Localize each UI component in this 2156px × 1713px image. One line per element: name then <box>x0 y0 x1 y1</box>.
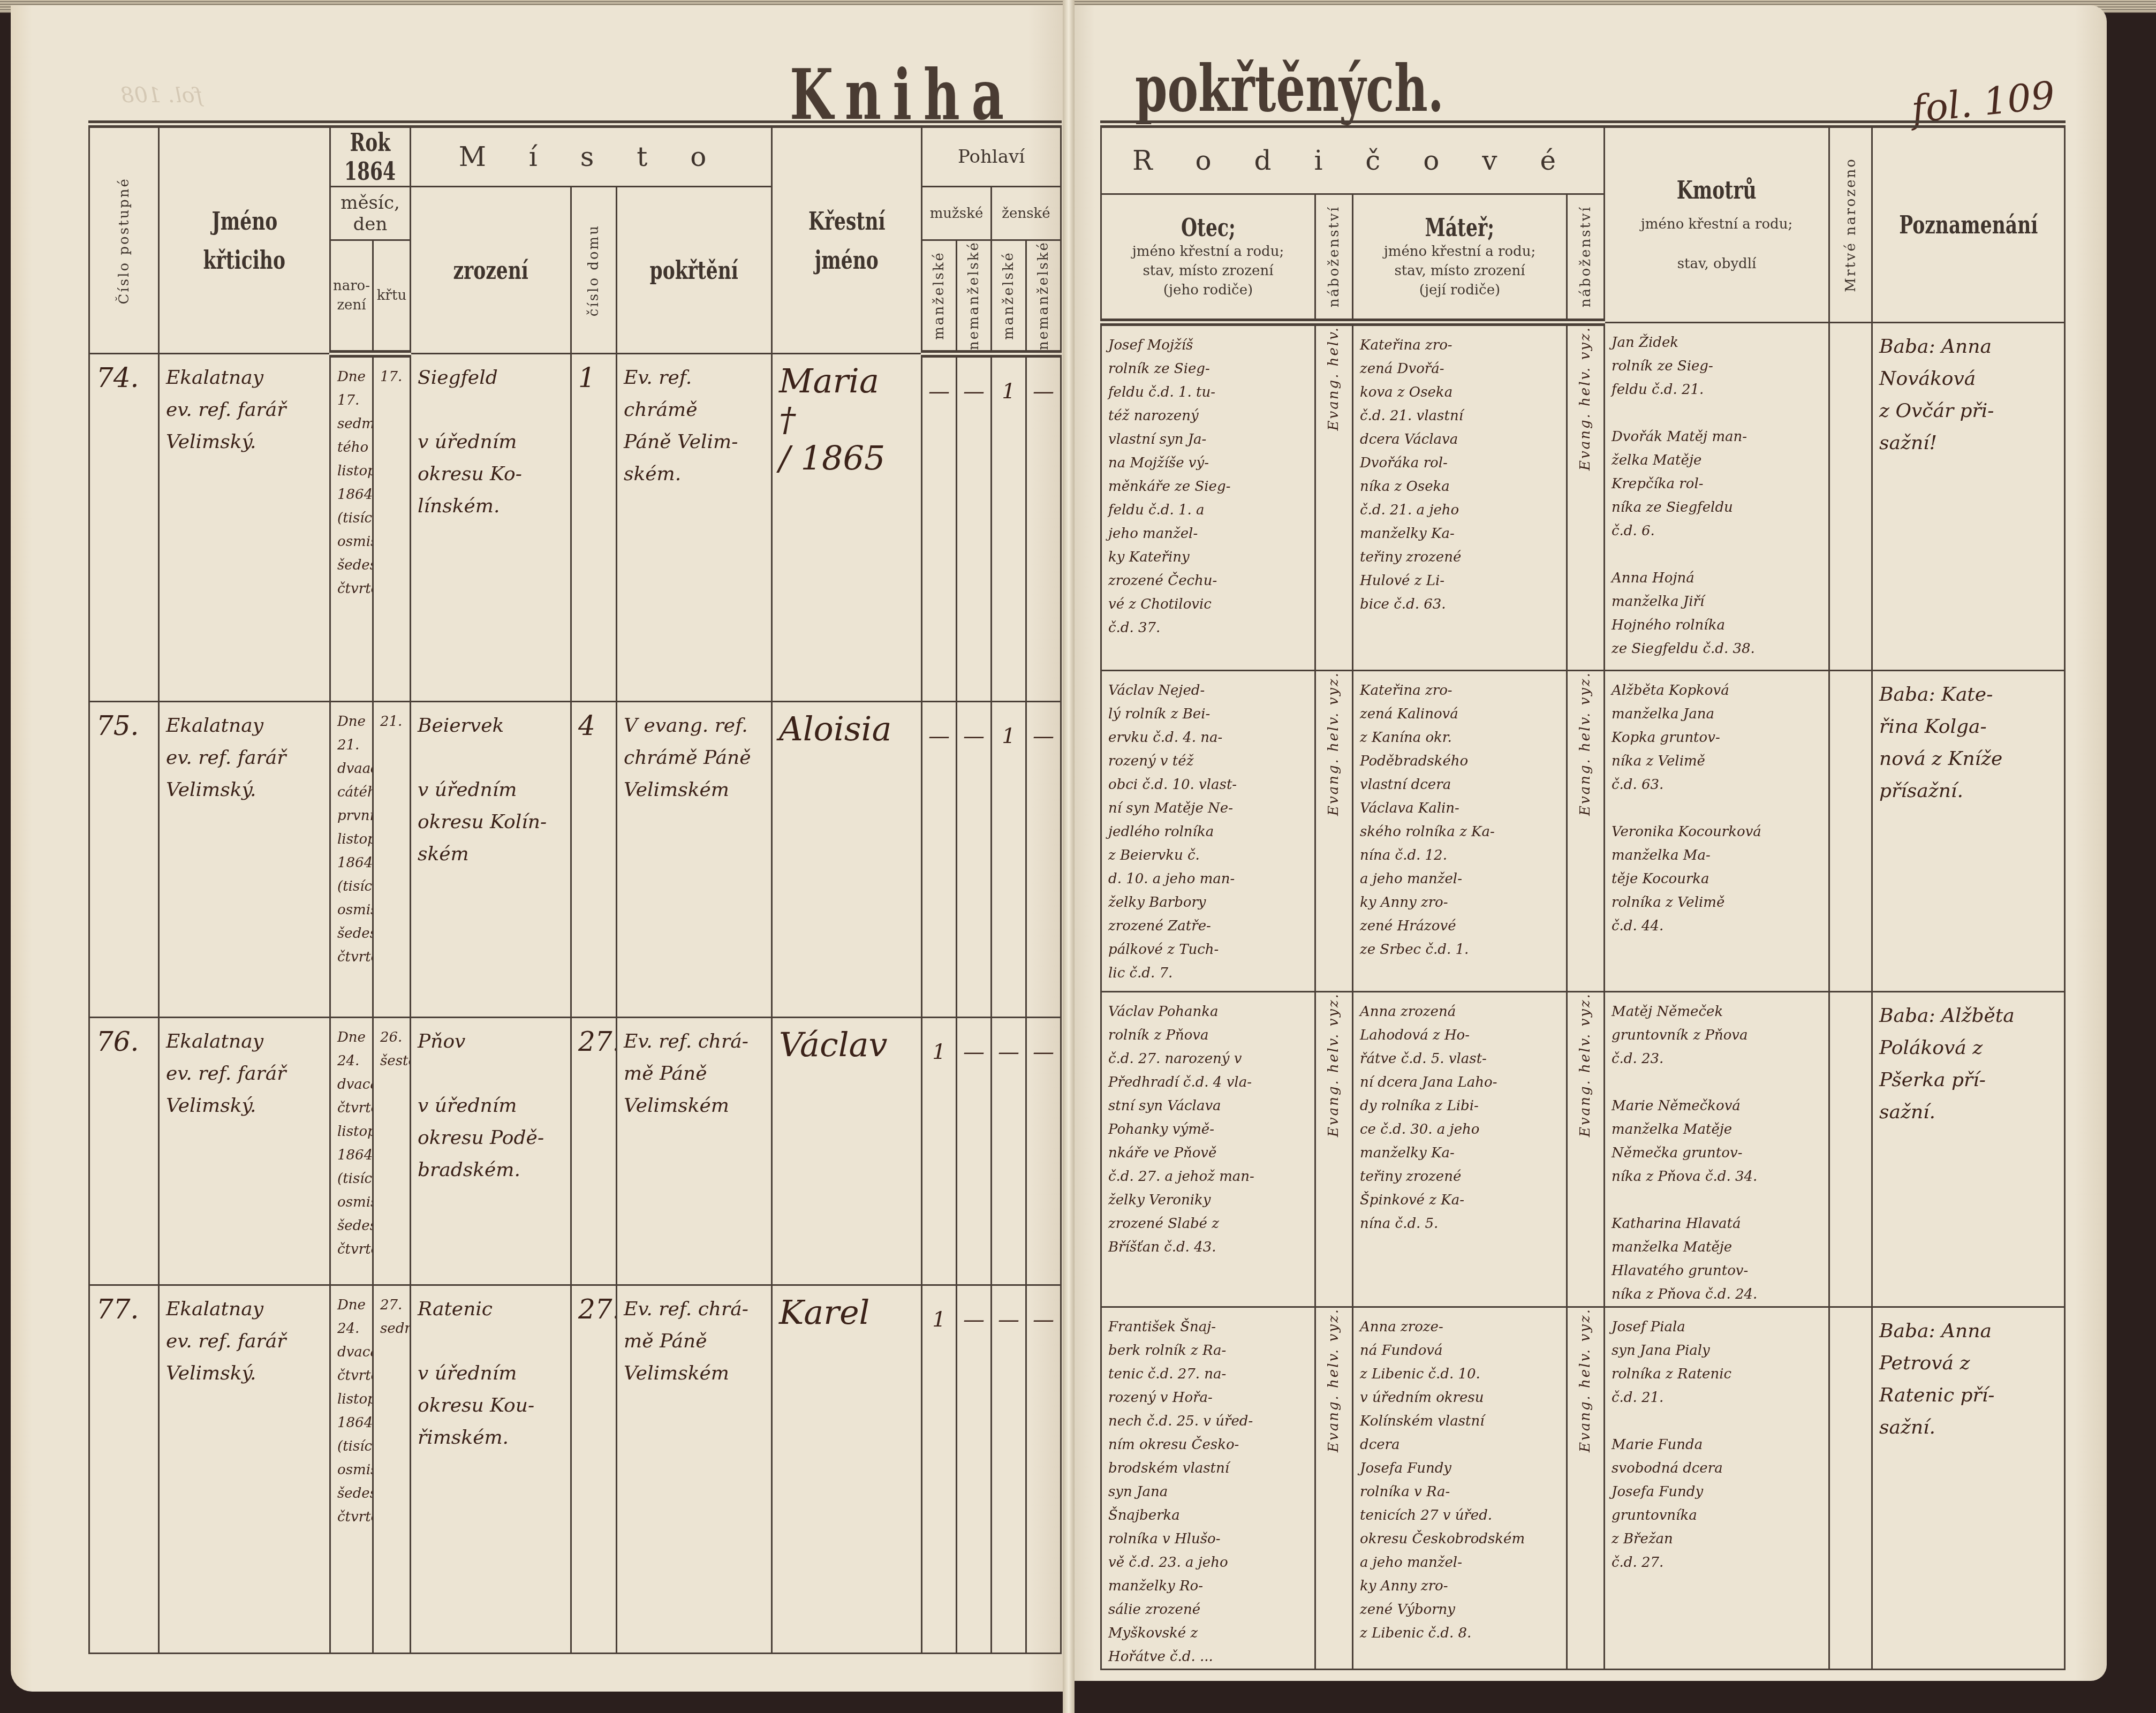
table-row-entry-75-parents: Václav Nejed- lý rolník z Bei- ervku č.d… <box>1101 670 2065 991</box>
entry-misto-krtu: Ev. ref. chrá- mě Páně Velimském <box>617 1018 771 1122</box>
header-nabozenstvi-mater: náboženství <box>1567 194 1605 322</box>
entry-mrtve <box>1830 671 1871 679</box>
table-row-entry-75: 75. Ekalatnay ev. ref. farář Velimský. D… <box>89 702 1061 1018</box>
entry-krtitel: Ekalatnay ev. ref. farář Velimský. <box>160 1018 329 1122</box>
header-krestni-jmeno: Křestní jméno <box>772 124 922 354</box>
header-muzske-nemanzelske: nemanželské <box>957 240 992 354</box>
entry-number: 77. <box>90 1286 158 1325</box>
entry-datum-krtu: 26. šestého <box>374 1018 410 1073</box>
bleed-through-folio: fol. 108 <box>120 83 202 108</box>
entry-datum-narozeni: Dne 17. sedmnác- tého listopadu 1864 (ti… <box>331 358 372 601</box>
table-row-entry-77: 77. Ekalatnay ev. ref. farář Velimský. D… <box>89 1285 1061 1654</box>
page-title-right: pokřtěných. <box>1135 51 1444 126</box>
entry-otec: Václav Nejed- lý rolník z Bei- ervku č.d… <box>1102 671 1314 985</box>
table-row-entry-74: 74. Ekalatnay ev. ref. farář Velimský. D… <box>89 354 1061 702</box>
entry-mater-nabozenstvi: Evang. helv. vyz. <box>1568 1308 1603 1460</box>
entry-datum-narozeni: Dne 21. dvaad- cátého prvního listopadu … <box>331 702 372 969</box>
header-krtu: křtu <box>373 240 411 354</box>
entry-mater-nabozenstvi: Evang. helv. vyz. <box>1568 326 1603 478</box>
entry-mater: Kateřina zro- zená Kalinová z Kanína okr… <box>1353 671 1566 961</box>
entry-kmotri: Josef Piala syn Jana Pialy rolníka z Rat… <box>1605 1308 1828 1574</box>
entry-number: 76. <box>90 1018 158 1058</box>
entry-otec: Václav Pohanka rolník z Pňova č.d. 27. n… <box>1102 992 1314 1259</box>
entry-datum-narozeni: Dne 24. dvacátého čtvrtého listopadu 186… <box>331 1018 372 1261</box>
entry-poznamenani: Baba: Anna Nováková z Ovčár při- sažní! <box>1873 323 2064 459</box>
entry-zenske-manz: 1 <box>992 358 1025 404</box>
entry-otec-nabozenstvi: Evang. helv. <box>1317 326 1352 438</box>
entry-zenske-manz: — <box>992 1286 1025 1332</box>
header-zenske-nemanzelske: nemanželské <box>1026 240 1061 354</box>
entry-mater: Anna zrozená Lahodová z Ho- řátve č.d. 5… <box>1353 992 1566 1236</box>
header-zenske-manzelske: manželské <box>992 240 1026 354</box>
entry-jmeno: Aloisia <box>773 702 921 748</box>
entry-zenske-manz: — <box>992 1018 1025 1064</box>
header-rodicove: R o d i č o v é <box>1101 124 1605 194</box>
header-zrozeni: zrození <box>411 187 571 354</box>
entry-poznamenani: Baba: Alžběta Poláková z Pšerka pří- saž… <box>1873 992 2064 1128</box>
entry-misto-krtu: V evang. ref. chrámě Páně Velimském <box>617 702 771 806</box>
header-nabozenstvi-otec: náboženství <box>1315 194 1353 322</box>
header-kmotru: Kmotrů jméno křestní a rodu; stav, obydl… <box>1605 124 1829 322</box>
header-muzske: mužské <box>922 187 992 240</box>
register-table-right: R o d i č o v é Kmotrů jméno křestní a r… <box>1100 120 2066 1670</box>
header-narozeni: naro- zení <box>330 240 373 354</box>
entry-muzske-manz: — <box>922 702 956 748</box>
header-otec: Otec; jméno křestní a rodu; stav, místo … <box>1101 194 1315 322</box>
entry-kmotri: Alžběta Kopková manželka Jana Kopka grun… <box>1605 671 1828 938</box>
entry-muzske-neman: — <box>957 358 990 404</box>
entry-mrtve <box>1830 323 1871 331</box>
header-jmeno-krticiho: Jméno křticiho <box>159 124 330 354</box>
header-pokrteni: pokřtění <box>617 187 772 354</box>
entry-mater-nabozenstvi: Evang. helv. vyz. <box>1568 992 1603 1144</box>
register-table-left: Číslo postupné Jméno křticiho Rok 1864 M… <box>88 120 1062 1654</box>
entry-cislo-domu: 27. <box>572 1286 616 1325</box>
header-mrtve-narozeno: Mrtvé narozeno <box>1829 124 1872 322</box>
entry-muzske-manz: — <box>922 358 956 404</box>
entry-muzske-manz: 1 <box>922 1286 956 1332</box>
entry-kmotri: Matěj Němeček gruntovník z Pňova č.d. 23… <box>1605 992 1828 1306</box>
book-gutter <box>1063 0 1075 1713</box>
entry-zenske-manz: 1 <box>992 702 1025 748</box>
entry-poznamenani: Baba: Kate- řina Kolga- nová z Kníže pří… <box>1873 671 2064 807</box>
header-zenske: ženské <box>992 187 1061 240</box>
entry-cislo-domu: 4 <box>572 702 616 742</box>
entry-poznamenani: Baba: Anna Petrová z Ratenic pří- sažní. <box>1873 1308 2064 1444</box>
table-row-entry-74-parents: Josef Mojžíš rolník ze Sieg- feldu č.d. … <box>1101 322 2065 670</box>
entry-zenske-neman: — <box>1027 358 1060 404</box>
entry-zenske-neman: — <box>1027 702 1060 748</box>
entry-zenske-neman: — <box>1027 1286 1060 1332</box>
entry-mater: Anna zroze- ná Fundová z Libenic č.d. 10… <box>1353 1308 1566 1645</box>
entry-zenske-neman: — <box>1027 1018 1060 1064</box>
header-misto: M í s t o <box>411 124 772 187</box>
entry-misto-zrozeni: Ratenic v úředním okresu Kou- řimském. <box>411 1286 570 1454</box>
header-poznamenani: Poznamenání <box>1872 124 2065 322</box>
entry-mater: Kateřina zro- zená Dvořá- kova z Oseka č… <box>1353 326 1566 616</box>
header-muzske-manzelske: manželské <box>922 240 957 354</box>
entry-krtitel: Ekalatnay ev. ref. farář Velimský. <box>160 1286 329 1390</box>
table-row-entry-77-parents: František Šnaj- berk rolník z Ra- tenic … <box>1101 1307 2065 1669</box>
entry-muzske-neman: — <box>957 1018 990 1064</box>
entry-muzske-neman: — <box>957 1286 990 1332</box>
entry-mrtve <box>1830 1308 1871 1315</box>
header-mesic-den: měsíc, den <box>330 187 411 240</box>
entry-misto-zrozeni: Siegfeld v úředním okresu Ko- línském. <box>411 354 570 522</box>
entry-misto-krtu: Ev. ref. chrá- mě Páně Velimském <box>617 1286 771 1390</box>
entry-misto-zrozeni: Pňov v úředním okresu Podě- bradském. <box>411 1018 570 1186</box>
entry-mater-nabozenstvi: Evang. helv. vyz. <box>1568 671 1603 823</box>
entry-misto-zrozeni: Beiervek v úředním okresu Kolín- ském <box>411 702 570 870</box>
entry-misto-krtu: Ev. ref. chrámě Páně Velim- ském. <box>617 354 771 490</box>
entry-jmeno: Maria † / 1865 <box>773 354 921 477</box>
entry-otec-nabozenstvi: Evang. helv. vyz. <box>1317 1308 1352 1460</box>
entry-krtitel: Ekalatnay ev. ref. farář Velimský. <box>160 702 329 806</box>
entry-otec: František Šnaj- berk rolník z Ra- tenic … <box>1102 1308 1314 1669</box>
header-cislo-postupne: Číslo postupné <box>89 124 159 354</box>
entry-mrtve <box>1830 992 1871 1000</box>
entry-otec-nabozenstvi: Evang. helv. vyz. <box>1317 671 1352 823</box>
header-pohlavi: Pohlaví <box>922 124 1061 187</box>
entry-datum-krtu: 17. <box>374 358 410 389</box>
entry-jmeno: Karel <box>773 1286 921 1332</box>
entry-datum-narozeni: Dne 24. dvacátého čtvrtého listopadu 186… <box>331 1286 372 1529</box>
entry-muzske-manz: 1 <box>922 1018 956 1064</box>
header-cislo-domu: číslo domu <box>571 187 617 354</box>
entry-krtitel: Ekalatnay ev. ref. farář Velimský. <box>160 354 329 458</box>
table-row-entry-76: 76. Ekalatnay ev. ref. farář Velimský. D… <box>89 1018 1061 1285</box>
header-mater: Máteř; jméno křestní a rodu; stav, místo… <box>1353 194 1567 322</box>
entry-number: 74. <box>90 354 158 394</box>
table-row-entry-76-parents: Václav Pohanka rolník z Pňova č.d. 27. n… <box>1101 991 2065 1307</box>
entry-cislo-domu: 1 <box>572 354 616 394</box>
entry-muzske-neman: — <box>957 702 990 748</box>
entry-cislo-domu: 27. <box>572 1018 616 1058</box>
entry-jmeno: Václav <box>773 1018 921 1064</box>
entry-datum-krtu: 27. sedmého <box>374 1286 410 1340</box>
entry-datum-krtu: 21. <box>374 702 410 733</box>
entry-otec: Josef Mojžíš rolník ze Sieg- feldu č.d. … <box>1102 326 1314 640</box>
entry-otec-nabozenstvi: Evang. helv. vyz. <box>1317 992 1352 1144</box>
entry-number: 75. <box>90 702 158 742</box>
header-rok: Rok 1864 <box>330 124 411 187</box>
entry-kmotri: Jan Židek rolník ze Sieg- feldu č.d. 21.… <box>1605 323 1828 661</box>
